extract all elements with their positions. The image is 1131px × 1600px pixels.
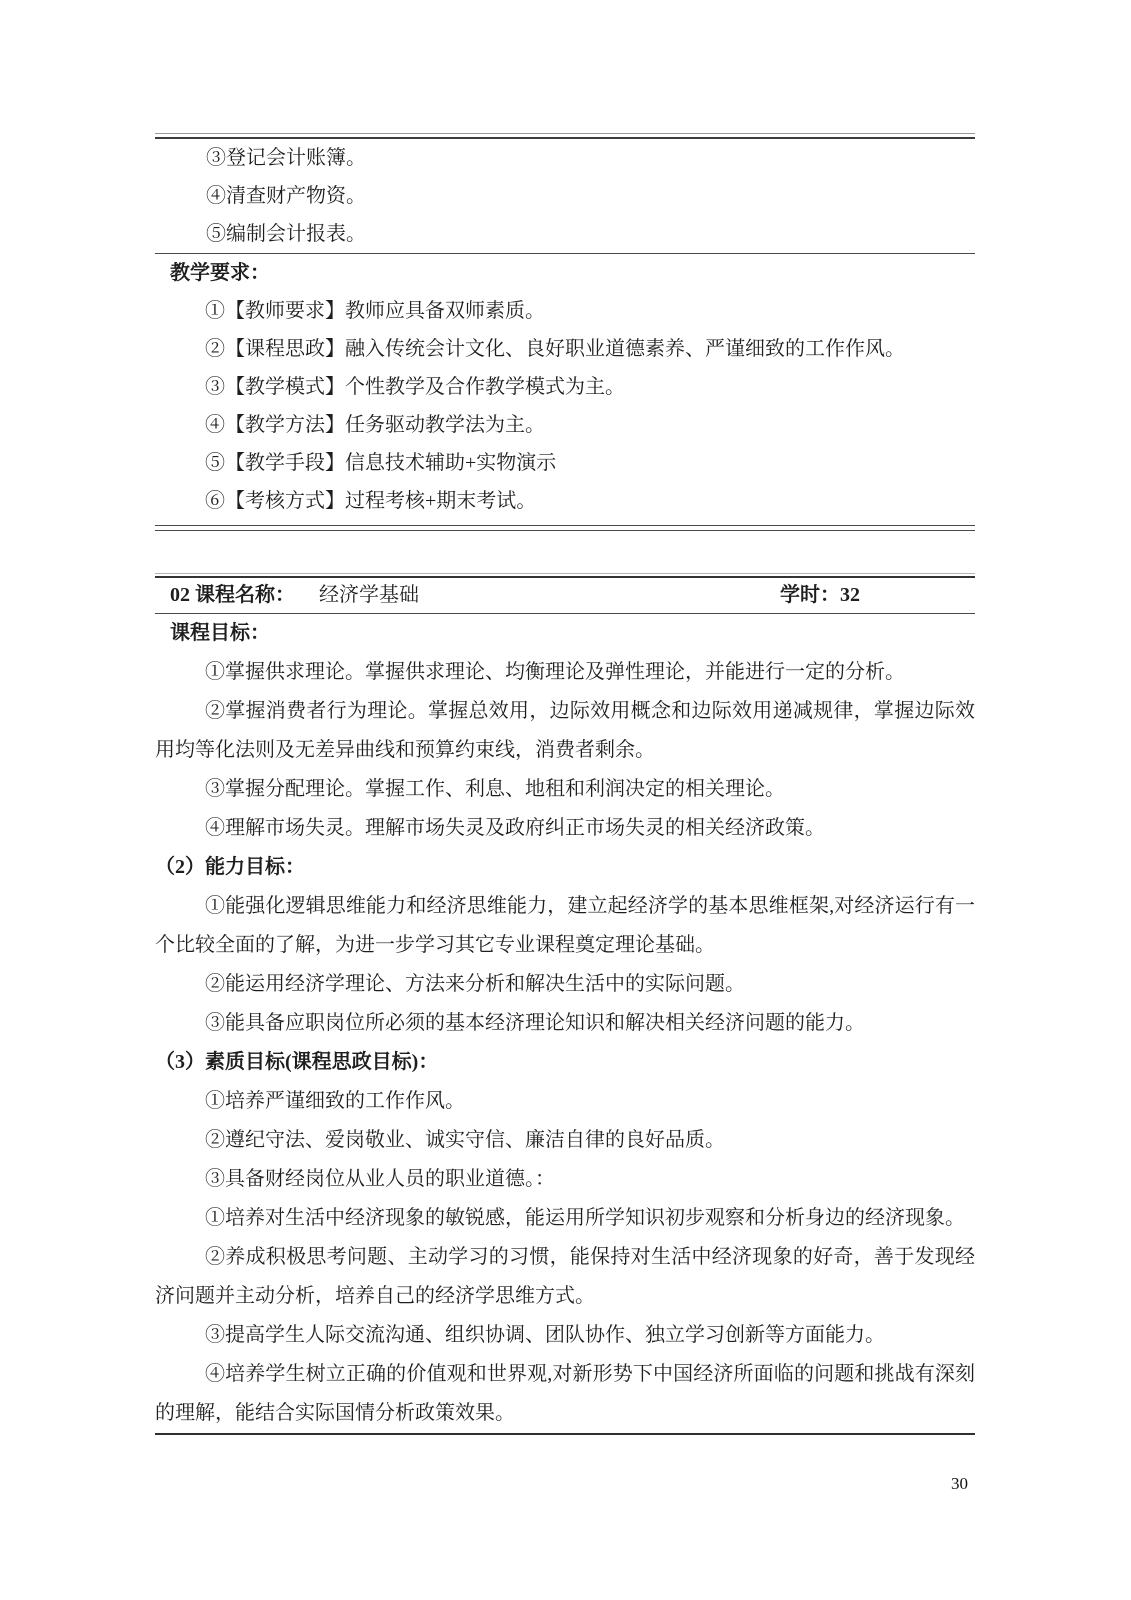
paragraph: ②养成积极思考问题、主动学习的习惯，能保持对生活中经济现象的好奇，善于发现经济问… [155,1238,975,1316]
list-item: ⑤【教学手段】信息技术辅助+实物演示 [155,444,975,482]
paragraph: ②能运用经济学理论、方法来分析和解决生活中的实际问题。 [155,965,975,1004]
course-name: 经济学基础 [319,584,419,606]
paragraph: ③具备财经岗位从业人员的职业道德。： [155,1160,975,1199]
paragraph: ③掌握分配理论。掌握工作、利息、地租和利润决定的相关理论。 [155,770,975,809]
document-page: ③登记会计账簿。 ④清查财产物资。 ⑤编制会计报表。 教学要求： ①【教师要求】… [0,0,1131,1600]
page-content: ③登记会计账簿。 ④清查财产物资。 ⑤编制会计报表。 教学要求： ①【教师要求】… [155,133,975,1435]
paragraph: ②掌握消费者行为理论。掌握总效用，边际效用概念和边际效用递减规律，掌握边际效用均… [155,692,975,770]
list-item: ③【教学模式】个性教学及合作教学模式为主。 [155,368,975,406]
course-header-row: 02 课程名称：经济学基础 学时：32 [155,578,975,613]
course-goals-section: 课程目标： ①掌握供求理论。掌握供求理论、均衡理论及弹性理论，并能进行一定的分析… [155,614,975,1433]
list-item: ②【课程思政】融入传统会计文化、良好职业道德素养、严谨细致的工作作风。 [155,330,975,368]
page-number: 30 [951,1474,968,1494]
table-end-divider [155,525,975,531]
list-item: ③登记会计账簿。 [155,139,975,177]
teaching-requirements-heading: 教学要求： [155,254,975,292]
list-item: ④【教学方法】任务驱动教学法为主。 [155,406,975,444]
prev-course-items: ③登记会计账簿。 ④清查财产物资。 ⑤编制会计报表。 [155,139,975,253]
course-id-label: 02 课程名称： [155,584,295,606]
list-item: ①【教师要求】教师应具备双师素质。 [155,292,975,330]
paragraph: ④培养学生树立正确的价值观和世界观,对新形势下中国经济所面临的问题和挑战有深刻的… [155,1355,975,1433]
teaching-requirements-section: 教学要求： ①【教师要求】教师应具备双师素质。 ②【课程思政】融入传统会计文化、… [155,254,975,525]
page-bottom-divider [155,1433,975,1435]
paragraph: ①培养对生活中经济现象的敏锐感，能运用所学知识初步观察和分析身边的经济现象。 [155,1199,975,1238]
list-item: ④清查财产物资。 [155,177,975,215]
paragraph: ③提高学生人际交流沟通、组织协调、团队协作、独立学习创新等方面能力。 [155,1316,975,1355]
paragraph: ②遵纪守法、爱岗敬业、诚实守信、廉洁自律的良好品质。 [155,1121,975,1160]
teaching-requirements-list: ①【教师要求】教师应具备双师素质。 ②【课程思政】融入传统会计文化、良好职业道德… [155,292,975,520]
course-goals-heading: 课程目标： [155,614,975,653]
list-item: ⑥【考核方式】过程考核+期末考试。 [155,482,975,520]
paragraph: ③能具备应职岗位所必须的基本经济理论知识和解决相关经济问题的能力。 [155,1004,975,1043]
paragraph: ④理解市场失灵。理解市场失灵及政府纠正市场失灵的相关经济政策。 [155,809,975,848]
paragraph: ①培养严谨细致的工作作风。 [155,1082,975,1121]
course-goals-blocks: ①掌握供求理论。掌握供求理论、均衡理论及弹性理论，并能进行一定的分析。 ②掌握消… [155,653,975,1433]
list-item: ⑤编制会计报表。 [155,215,975,253]
course-hours: 学时：32 [780,578,860,613]
paragraph: ①能强化逻辑思维能力和经济思维能力，建立起经济学的基本思维框架,对经济运行有一个… [155,887,975,965]
paragraph: ①掌握供求理论。掌握供求理论、均衡理论及弹性理论，并能进行一定的分析。 [155,653,975,692]
paragraph: （3）素质目标(课程思政目标)： [155,1043,975,1082]
paragraph: （2）能力目标： [155,848,975,887]
